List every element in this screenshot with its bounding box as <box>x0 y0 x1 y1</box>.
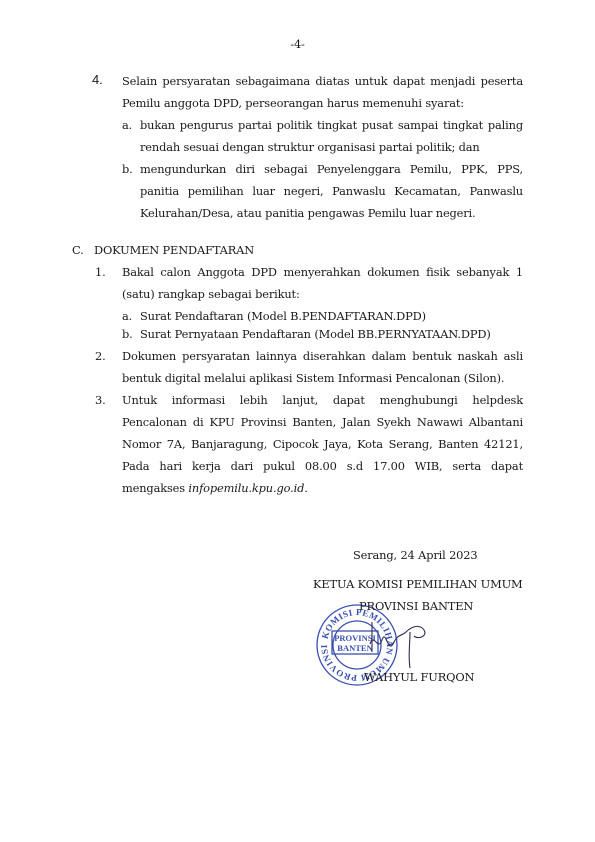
item-4a-marker: a. <box>122 118 132 132</box>
c2-number: 2. <box>95 349 106 363</box>
c2-line-2: bentuk digital melalui aplikasi Sistem I… <box>122 371 504 385</box>
c3-line-3: Nomor 7A, Banjaragung, Cipocok Jaya, Kot… <box>122 437 523 451</box>
section-c-marker: C. <box>72 243 84 257</box>
item-4a-line-1: bukan pengurus partai politik tingkat pu… <box>140 118 523 132</box>
c3-prefix: mengakses <box>122 481 188 495</box>
c3-line-1: Untuk informasi lebih lanjut, dapat meng… <box>122 393 523 407</box>
c1a-marker: a. <box>122 309 132 323</box>
c3-line-4: Pada hari kerja dari pukul 08.00 s.d 17.… <box>122 459 523 473</box>
infopemilu-link[interactable]: infopemilu.kpu.go.id <box>188 481 304 495</box>
item-4-number: 4. <box>92 73 103 87</box>
c1b-marker: b. <box>122 327 133 341</box>
signature-scribble-icon <box>368 612 468 672</box>
section-c-title: DOKUMEN PENDAFTARAN <box>94 243 254 257</box>
item-4a-line-2: rendah sesuai dengan struktur organisasi… <box>140 140 480 154</box>
c1-line-2: (satu) rangkap sebagai berikut: <box>122 287 300 301</box>
item-4-line-1: Selain persyaratan sebagaimana diatas un… <box>122 74 523 88</box>
c3-suffix: . <box>304 481 307 495</box>
item-4b-marker: b. <box>122 162 133 176</box>
signatory-name: WAHYUL FURQON <box>364 670 474 684</box>
place-date: Serang, 24 April 2023 <box>353 548 477 562</box>
c3-line-2: Pencalonan di KPU Provinsi Banten, Jalan… <box>122 415 523 429</box>
c1-number: 1. <box>95 265 106 279</box>
item-4b-line-3: Kelurahan/Desa, atau panitia pengawas Pe… <box>140 206 476 220</box>
item-4-line-2: Pemilu anggota DPD, perseorangan harus m… <box>122 96 464 110</box>
item-4b-line-2: panitia pemilihan luar negeri, Panwaslu … <box>140 184 523 198</box>
c1-line-1: Bakal calon Anggota DPD menyerahkan doku… <box>122 265 523 279</box>
signatory-title-2: PROVINSI BANTEN <box>359 599 473 613</box>
c1a-text: Surat Pendaftaran (Model B.PENDAFTARAN.D… <box>140 309 426 323</box>
page-number: -4- <box>0 37 595 51</box>
c2-line-1: Dokumen persyaratan lainnya diserahkan d… <box>122 349 523 363</box>
c3-number: 3. <box>95 393 106 407</box>
signatory-title-1: KETUA KOMISI PEMILIHAN UMUM <box>313 577 523 591</box>
c3-line-5: mengakses infopemilu.kpu.go.id. <box>122 481 308 495</box>
c1b-text: Surat Pernyataan Pendaftaran (Model BB.P… <box>140 327 491 341</box>
item-4b-line-1: mengundurkan diri sebagai Penyelenggara … <box>140 162 523 176</box>
